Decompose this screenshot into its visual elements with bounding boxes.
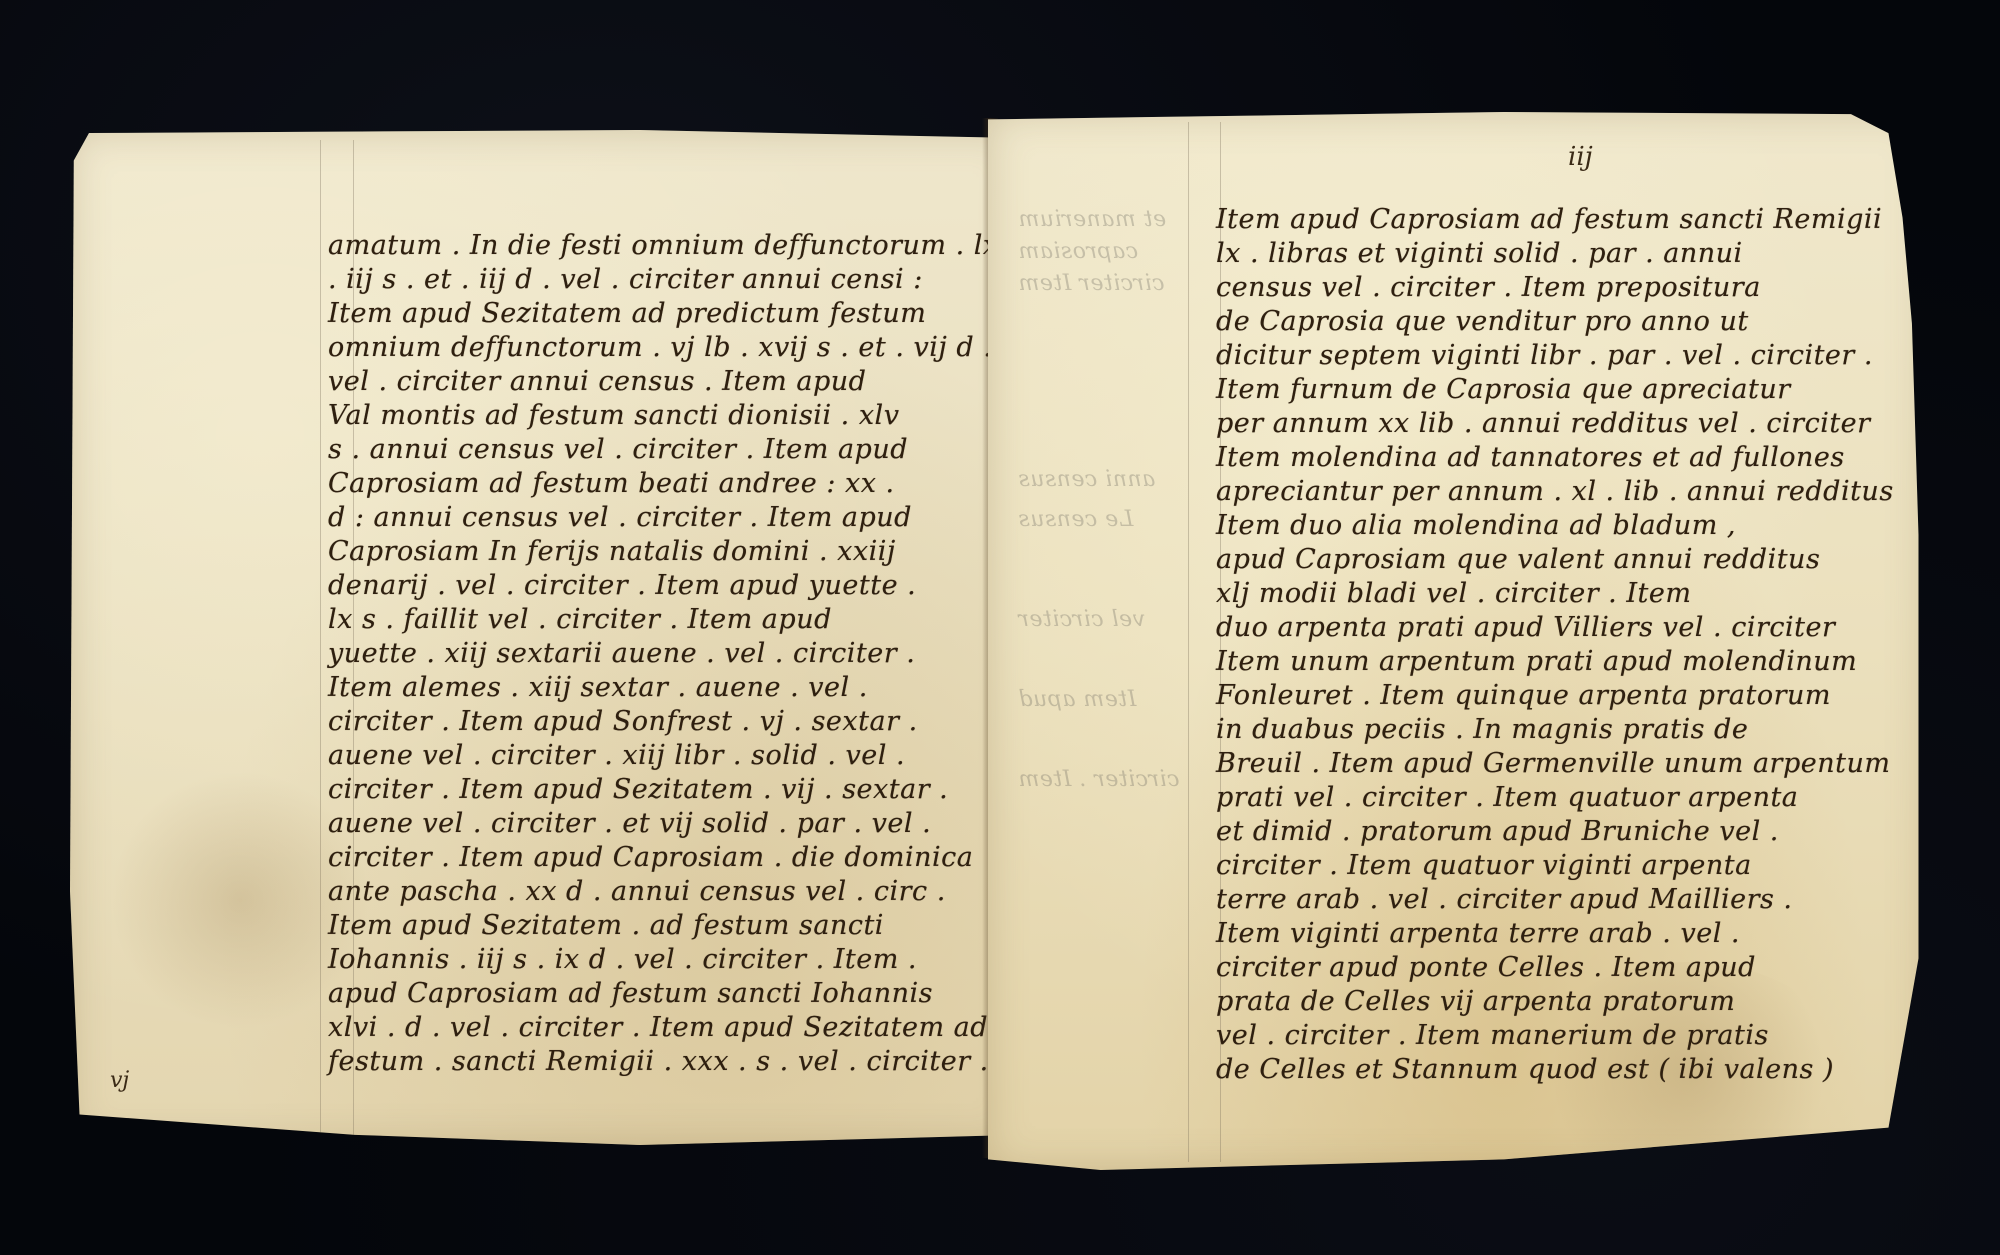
manuscript-line: prata de Celles vij arpenta pratorum — [1216, 986, 1735, 1017]
manuscript-line: Item alemes . xiij sextar . auene . vel … — [328, 672, 868, 703]
show-through-line: circiter Item — [1018, 271, 1165, 296]
manuscript-line: per annum xx lib . annui redditus vel . … — [1216, 408, 1871, 439]
manuscript-line: Item viginti arpenta terre arab . vel . — [1216, 918, 1740, 949]
manuscript-line: census vel . circiter . Item prepositura — [1216, 272, 1761, 303]
manuscript-line: terre arab . vel . circiter apud Maillie… — [1216, 884, 1793, 915]
bottom-margin-mark: vj — [110, 1068, 129, 1093]
manuscript-line: duo arpenta prati apud Villiers vel . ci… — [1216, 612, 1835, 643]
manuscript-line: auene vel . circiter . xiij libr . solid… — [328, 740, 905, 771]
show-through-line: Le census — [1018, 507, 1133, 532]
manuscript-line: Item apud Caprosiam ad festum sancti Rem… — [1216, 204, 1882, 235]
manuscript-line: lx . libras et viginti solid . par . ann… — [1216, 238, 1743, 269]
manuscript-line: xlvi . d . vel . circiter . Item apud Se… — [328, 1012, 988, 1043]
manuscript-line: Item unum arpentum prati apud molendinum — [1216, 646, 1857, 677]
manuscript-line: et dimid . pratorum apud Bruniche vel . — [1216, 816, 1779, 847]
manuscript-line: Breuil . Item apud Germenville unum arpe… — [1216, 748, 1890, 779]
show-through-line: circiter . Item — [1018, 767, 1180, 792]
manuscript-line: vel . circiter . Item manerium de pratis — [1216, 1020, 1769, 1051]
manuscript-line: apud Caprosiam ad festum sancti Iohannis — [328, 978, 933, 1009]
manuscript-line: de Celles et Stannum quod est ( ibi vale… — [1216, 1054, 1834, 1085]
manuscript-line: . iij s . et . iij d . vel . circiter an… — [328, 264, 923, 295]
manuscript-line: apud Caprosiam que valent annui redditus — [1216, 544, 1820, 575]
manuscript-line: Item molendina ad tannatores et ad fullo… — [1216, 442, 1845, 473]
manuscript-line: auene vel . circiter . et vij solid . pa… — [328, 808, 931, 839]
manuscript-line: vel . circiter annui census . Item apud — [328, 366, 866, 397]
manuscript-line: yuette . xiij sextarii auene . vel . cir… — [328, 638, 915, 669]
manuscript-line: d : annui census vel . circiter . Item a… — [328, 502, 912, 533]
manuscript-line: Caprosiam In ferijs natalis domini . xxi… — [328, 536, 896, 567]
manuscript-line: dicitur septem viginti libr . par . vel … — [1216, 340, 1873, 371]
left-folio: amatum . In die festi omnium deffunctoru… — [70, 130, 1020, 1145]
manuscript-line: Item apud Sezitatem . ad festum sancti — [328, 910, 884, 941]
show-through-line: et manerium — [1018, 207, 1166, 232]
show-through-line: anni census — [1018, 467, 1155, 492]
folio-number: iij — [1568, 142, 1593, 172]
manuscript-line: Fonleuret . Item quinque arpenta pratoru… — [1216, 680, 1831, 711]
show-through-line: vel circiter — [1018, 607, 1145, 632]
manuscript-line: denarij . vel . circiter . Item apud yue… — [328, 570, 916, 601]
manuscript-line: Iohannis . iij s . ix d . vel . circiter… — [328, 944, 917, 975]
show-through-line: Item apud — [1018, 687, 1136, 712]
manuscript-line: apreciantur per annum . xl . lib . annui… — [1216, 476, 1894, 507]
manuscript-line: in duabus peciis . In magnis pratis de — [1216, 714, 1748, 745]
manuscript-line: circiter . Item quatuor viginti arpenta — [1216, 850, 1752, 881]
manuscript-line: circiter . Item apud Caprosiam . die dom… — [328, 842, 973, 873]
show-through-line: caprosiam — [1018, 239, 1138, 264]
manuscript-line: festum . sancti Remigii . xxx . s . vel … — [328, 1046, 989, 1077]
manuscript-line: lx s . faillit vel . circiter . Item apu… — [328, 604, 832, 635]
manuscript-line: xlj modii bladi vel . circiter . Item — [1216, 578, 1691, 609]
manuscript-line: amatum . In die festi omnium deffunctoru… — [328, 230, 1078, 261]
manuscript-line: omnium deffunctorum . vj lb . xvij s . e… — [328, 332, 992, 363]
manuscript-line: circiter . Item apud Sonfrest . vj . sex… — [328, 706, 918, 737]
manuscript-line: s . annui census vel . circiter . Item a… — [328, 434, 908, 465]
manuscript-line: ante pascha . xx d . annui census vel . … — [328, 876, 946, 907]
margin-ruling-line — [1188, 122, 1189, 1162]
manuscript-line: Val montis ad festum sancti dionisii . x… — [328, 400, 899, 431]
manuscript-line: Caprosiam ad festum beati andree : xx . — [328, 468, 895, 499]
manuscript-line: prati vel . circiter . Item quatuor arpe… — [1216, 782, 1798, 813]
manuscript-line: circiter apud ponte Celles . Item apud — [1216, 952, 1756, 983]
manuscript-line: de Caprosia que venditur pro anno ut — [1216, 306, 1749, 337]
right-folio: et manerium caprosiam circiter Item anni… — [988, 112, 1926, 1170]
manuscript-line: Item furnum de Caprosia que apreciatur — [1216, 374, 1791, 405]
manuscript-line: Item duo alia molendina ad bladum , — [1216, 510, 1736, 541]
manuscript-line: circiter . Item apud Sezitatem . vij . s… — [328, 774, 948, 805]
manuscript-line: Item apud Sezitatem ad predictum festum — [328, 298, 926, 329]
